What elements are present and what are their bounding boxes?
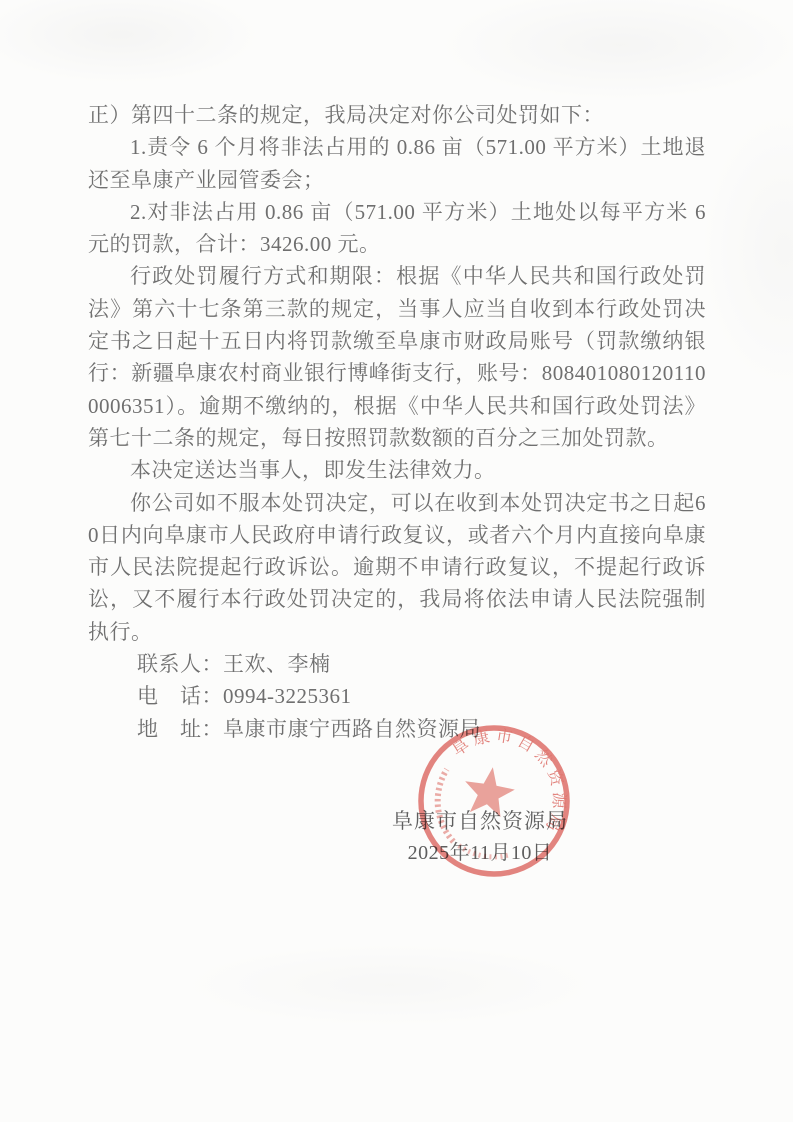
- paragraph-effectiveness: 本决定送达当事人，即发生法律效力。: [88, 454, 706, 486]
- signature-organization: 阜康市自然资源局: [360, 808, 600, 834]
- signature-block: 阜康市自然资源局 2025年11月10日: [360, 808, 600, 865]
- contact-person: 联系人：王欢、李楠: [88, 648, 706, 680]
- paragraph-continuation: 正）第四十二条的规定，我局决定对你公司处罚如下：: [88, 99, 706, 131]
- paragraph-appeal-rights: 你公司如不服本处罚决定，可以在收到本处罚决定书之日起60日内向阜康市人民政府申请…: [88, 487, 706, 648]
- contact-phone: 电 话：0994-3225361: [88, 680, 706, 712]
- paragraph-penalty-item-2: 2.对非法占用 0.86 亩（571.00 平方米）土地处以每平方米 6 元的罚…: [88, 196, 706, 261]
- signature-date: 2025年11月10日: [360, 841, 600, 865]
- paragraph-payment-terms: 行政处罚履行方式和期限：根据《中华人民共和国行政处罚法》第六十七条第三款的规定，…: [88, 260, 706, 454]
- paragraph-penalty-item-1: 1.责令 6 个月将非法占用的 0.86 亩（571.00 平方米）土地退还至阜…: [88, 131, 706, 196]
- document-page: 正）第四十二条的规定，我局决定对你公司处罚如下： 1.责令 6 个月将非法占用的…: [0, 0, 793, 1122]
- contact-address: 地 址：阜康市康宁西路自然资源局: [88, 713, 706, 745]
- document-body: 正）第四十二条的规定，我局决定对你公司处罚如下： 1.责令 6 个月将非法占用的…: [88, 99, 706, 745]
